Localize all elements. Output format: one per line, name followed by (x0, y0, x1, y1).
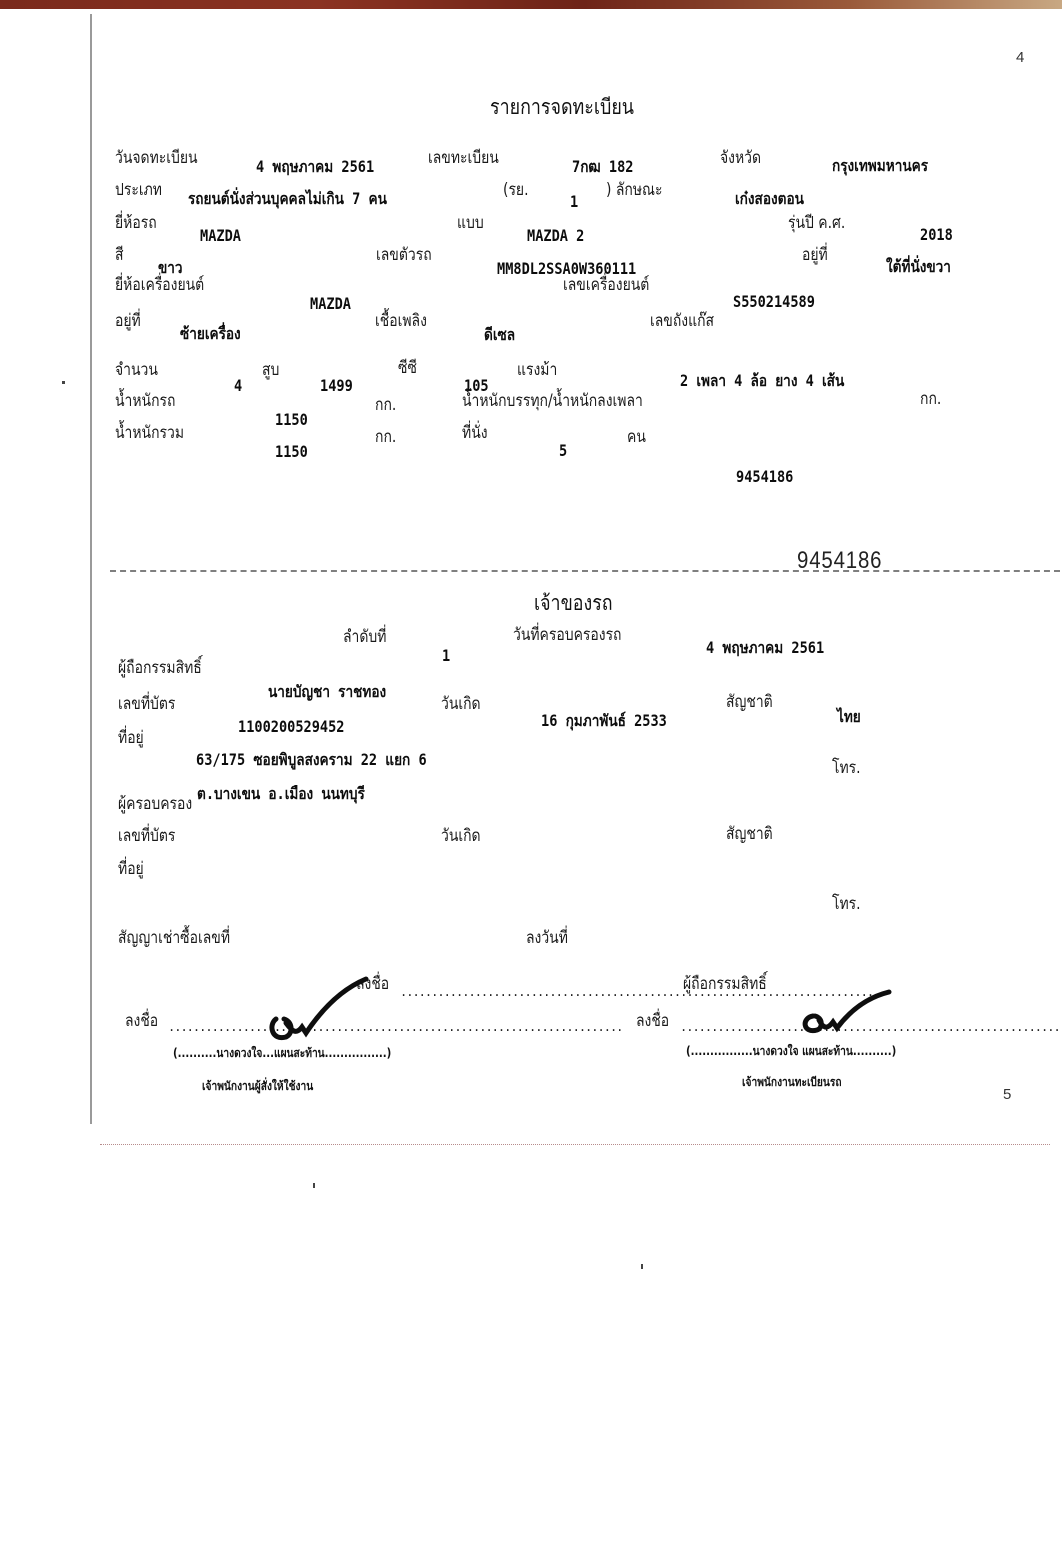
label-chassis-no: เลขตัวรถ (376, 247, 432, 264)
label-type: ประเภท (115, 182, 162, 199)
label-car-weight: น้ำหนักรถ (115, 393, 175, 410)
page-number-top: 4 (1016, 50, 1024, 65)
value-engine-brand: MAZDA (310, 296, 351, 312)
page-bottom-edge (100, 1144, 1050, 1145)
label-right-sign: ลงชื่อ (636, 1013, 669, 1030)
value-brand: MAZDA (200, 228, 241, 244)
right-signature-mark (795, 988, 895, 1038)
label-ry-open: (รย. (503, 182, 529, 199)
value-possession-date: 4 พฤษภาคม 2561 (706, 640, 824, 656)
label-address-possessor: ที่อยู่ (118, 861, 144, 878)
label-phone-possessor: โทร. (832, 896, 861, 913)
value-province: กรุงเทพมหานคร (832, 158, 928, 174)
value-car-weight: 1150 (275, 412, 308, 428)
label-left-sign: ลงชื่อ (125, 1013, 158, 1030)
label-engine-no: เลขเครื่องยนต์ (563, 277, 649, 294)
owner-title: เจ้าของรถ (534, 593, 613, 614)
label-address: ที่อยู่ (118, 730, 144, 747)
label-body: ) ลักษณะ (606, 182, 662, 199)
value-nationality: ไทย (837, 709, 861, 725)
right-official-name: (................นางดวงใจ แผนสะท้าน.....… (686, 1045, 896, 1057)
label-kg-gross: กก. (375, 429, 396, 446)
left-signature-mark (262, 975, 372, 1045)
value-order: 1 (442, 648, 450, 664)
label-model-year: รุ่นปี ค.ศ. (788, 215, 845, 232)
label-reg-no: เลขทะเบียน (428, 150, 499, 167)
value-ry: 1 (570, 194, 578, 210)
value-gross-weight: 1150 (275, 444, 308, 460)
value-color: ขาว (158, 260, 183, 276)
page-number-bottom: 5 (1003, 1087, 1011, 1102)
label-chassis-location: อยู่ที่ (802, 247, 828, 264)
label-seats: ที่นั่ง (462, 425, 488, 442)
value-axles-wheels: 2 เพลา 4 ล้อ ยาง 4 เส้น (680, 373, 844, 389)
label-reg-date: วันจดทะเบียน (115, 150, 198, 167)
registration-title: รายการจดทะเบียน (490, 97, 634, 118)
label-order: ลำดับที่ (343, 629, 386, 646)
scan-speck (641, 1264, 643, 1269)
left-official-position: เจ้าพนักงานผู้สั่งให้ใช้งาน (202, 1080, 313, 1092)
fold-line (110, 570, 1060, 572)
label-gross-weight: น้ำหนักรวม (115, 425, 184, 442)
label-id-no: เลขที่บัตร (118, 696, 175, 713)
label-engine-location: อยู่ที่ (115, 313, 141, 330)
label-gas-tank-no: เลขถังแก๊ส (650, 313, 714, 330)
label-owner-sign-suffix: ผู้ถือกรรมสิทธิ์ (683, 976, 767, 993)
label-cylinder: สูบ (262, 362, 279, 379)
label-persons: คน (627, 429, 646, 446)
page-left-edge (90, 14, 92, 1124)
label-kg-car: กก. (375, 397, 396, 414)
value-reg-no: 7กฒ 182 (572, 159, 633, 175)
label-id-no-possessor: เลขที่บัตร (118, 828, 175, 845)
value-type: รถยนต์นั่งส่วนบุคคลไม่เกิน 7 คน (188, 191, 387, 207)
scan-speck (313, 1183, 315, 1188)
label-count: จำนวน (115, 362, 158, 379)
label-province: จังหวัด (720, 150, 761, 167)
value-model-year: 2018 (920, 227, 953, 243)
photo-background-edge (0, 0, 1062, 9)
value-reg-date: 4 พฤษภาคม 2561 (256, 159, 374, 175)
label-owner: ผู้ถือกรรมสิทธิ์ (118, 660, 202, 677)
value-address-line2: ต.บางเขน อ.เมือง นนทบุรี (197, 786, 365, 802)
right-official-position: เจ้าพนักงานทะเบียนรถ (742, 1076, 842, 1088)
left-official-name: (..........นางดวงใจ...แผนสะท้าน.........… (173, 1047, 391, 1059)
label-nationality: สัญชาติ (726, 694, 773, 711)
value-fuel: ดีเซล (484, 327, 515, 343)
value-engine-location: ซ้ายเครื่อง (180, 326, 241, 342)
label-hire-contract: สัญญาเช่าซื้อเลขที่ (118, 930, 230, 947)
value-body: เก๋งสองตอน (735, 191, 804, 207)
label-birth: วันเกิด (441, 696, 481, 713)
label-model: แบบ (457, 215, 484, 232)
label-fuel: เชื้อเพลิง (375, 313, 427, 330)
label-possession-date: วันที่ครอบครองรถ (513, 627, 622, 644)
label-engine-brand: ยี่ห้อเครื่องยนต์ (115, 277, 204, 294)
label-color: สี (115, 247, 124, 264)
label-hp: แรงม้า (517, 362, 557, 379)
value-cylinders: 4 (234, 378, 242, 394)
scan-speck (62, 381, 65, 384)
left-sign-dotted-line: ........................................… (168, 1021, 622, 1033)
value-address-line1: 63/175 ซอยพิบูลสงคราม 22 แยก 6 (196, 752, 427, 768)
value-model: MAZDA 2 (527, 228, 584, 244)
value-cc: 1499 (320, 378, 353, 394)
label-birth-possessor: วันเกิด (441, 828, 481, 845)
label-brand: ยี่ห้อรถ (115, 215, 157, 232)
value-engine-no: S550214589 (733, 294, 815, 310)
label-phone: โทร. (832, 760, 861, 777)
label-cc: ซีซี (398, 360, 417, 377)
value-owner-name: นายบัญชา ราชทอง (268, 684, 386, 700)
label-possessor: ผู้ครอบครอง (118, 796, 192, 813)
value-document-number: 9454186 (736, 469, 793, 485)
value-birth: 16 กุมภาพันธ์ 2533 (541, 713, 667, 729)
label-load-weight: น้ำหนักบรรทุก/น้ำหนักลงเพลา (462, 393, 643, 410)
value-chassis-location: ใต้ที่นั่งขวา (886, 259, 951, 275)
label-kg-load: กก. (920, 391, 941, 408)
value-seats: 5 (559, 443, 567, 459)
label-sign-date: ลงวันที่ (526, 930, 568, 947)
value-id-no: 1100200529452 (238, 719, 344, 735)
label-nationality-possessor: สัญชาติ (726, 826, 773, 843)
